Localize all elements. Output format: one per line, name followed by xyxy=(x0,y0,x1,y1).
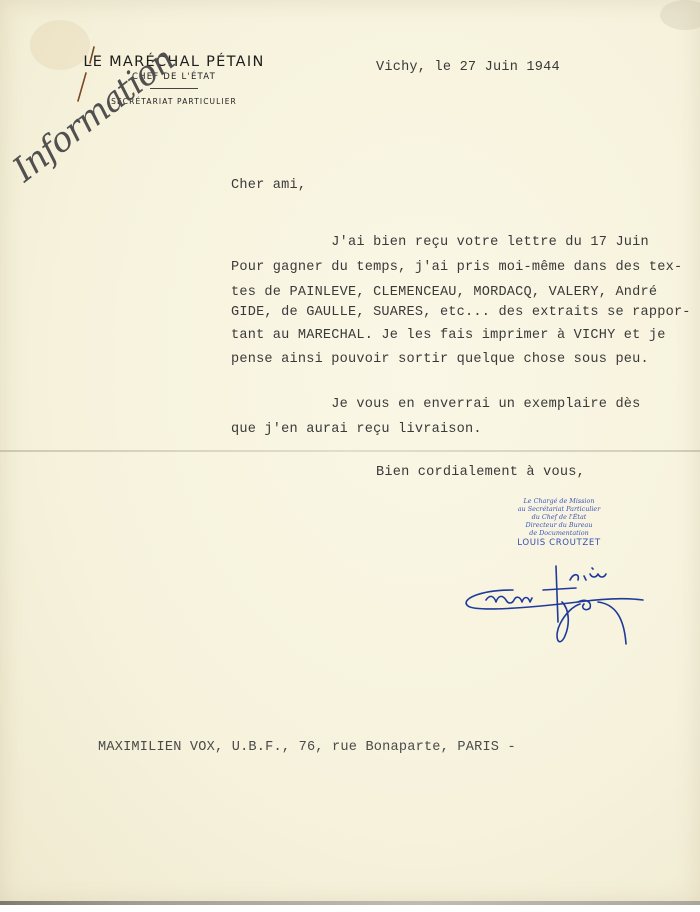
paper-bottom-edge xyxy=(0,901,700,905)
closing-line: Bien cordialement à vous, xyxy=(376,465,585,480)
body-line: GIDE, de GAULLE, SUARES, etc... des extr… xyxy=(231,305,691,320)
stamp-line: du Chef de l'État xyxy=(500,513,618,521)
stamp-line: Directeur du Bureau xyxy=(500,521,618,529)
paper-fold-line xyxy=(0,450,700,452)
stamp-line: de Documentation xyxy=(500,529,618,537)
salutation: Cher ami, xyxy=(231,178,306,193)
stamp-name: LOUIS CROUTZET xyxy=(500,537,618,549)
body-line: pense ainsi pouvoir sortir quelque chose… xyxy=(231,352,649,367)
letter-paper xyxy=(0,0,700,905)
body-line: que j'en aurai reçu livraison. xyxy=(231,422,482,437)
official-stamp: Le Chargé de Mission au Secrétariat Part… xyxy=(500,497,618,549)
stamp-line: Le Chargé de Mission xyxy=(500,497,618,505)
recipient-address: MAXIMILIEN VOX, U.B.F., 76, rue Bonapart… xyxy=(98,740,516,755)
stamp-line: au Secrétariat Particulier xyxy=(500,505,618,513)
body-line: tant au MARECHAL. Je les fais imprimer à… xyxy=(231,328,666,343)
body-line: Pour gagner du temps, j'ai pris moi-même… xyxy=(231,260,682,275)
body-line: J'ai bien reçu votre lettre du 17 Juin xyxy=(231,235,649,250)
body-line: Je vous en enverrai un exemplaire dès xyxy=(231,397,641,412)
body-line: tes de PAINLEVE, CLEMENCEAU, MORDACQ, VA… xyxy=(231,285,657,300)
handwritten-signature xyxy=(458,562,648,652)
letter-date: Vichy, le 27 Juin 1944 xyxy=(376,60,560,75)
